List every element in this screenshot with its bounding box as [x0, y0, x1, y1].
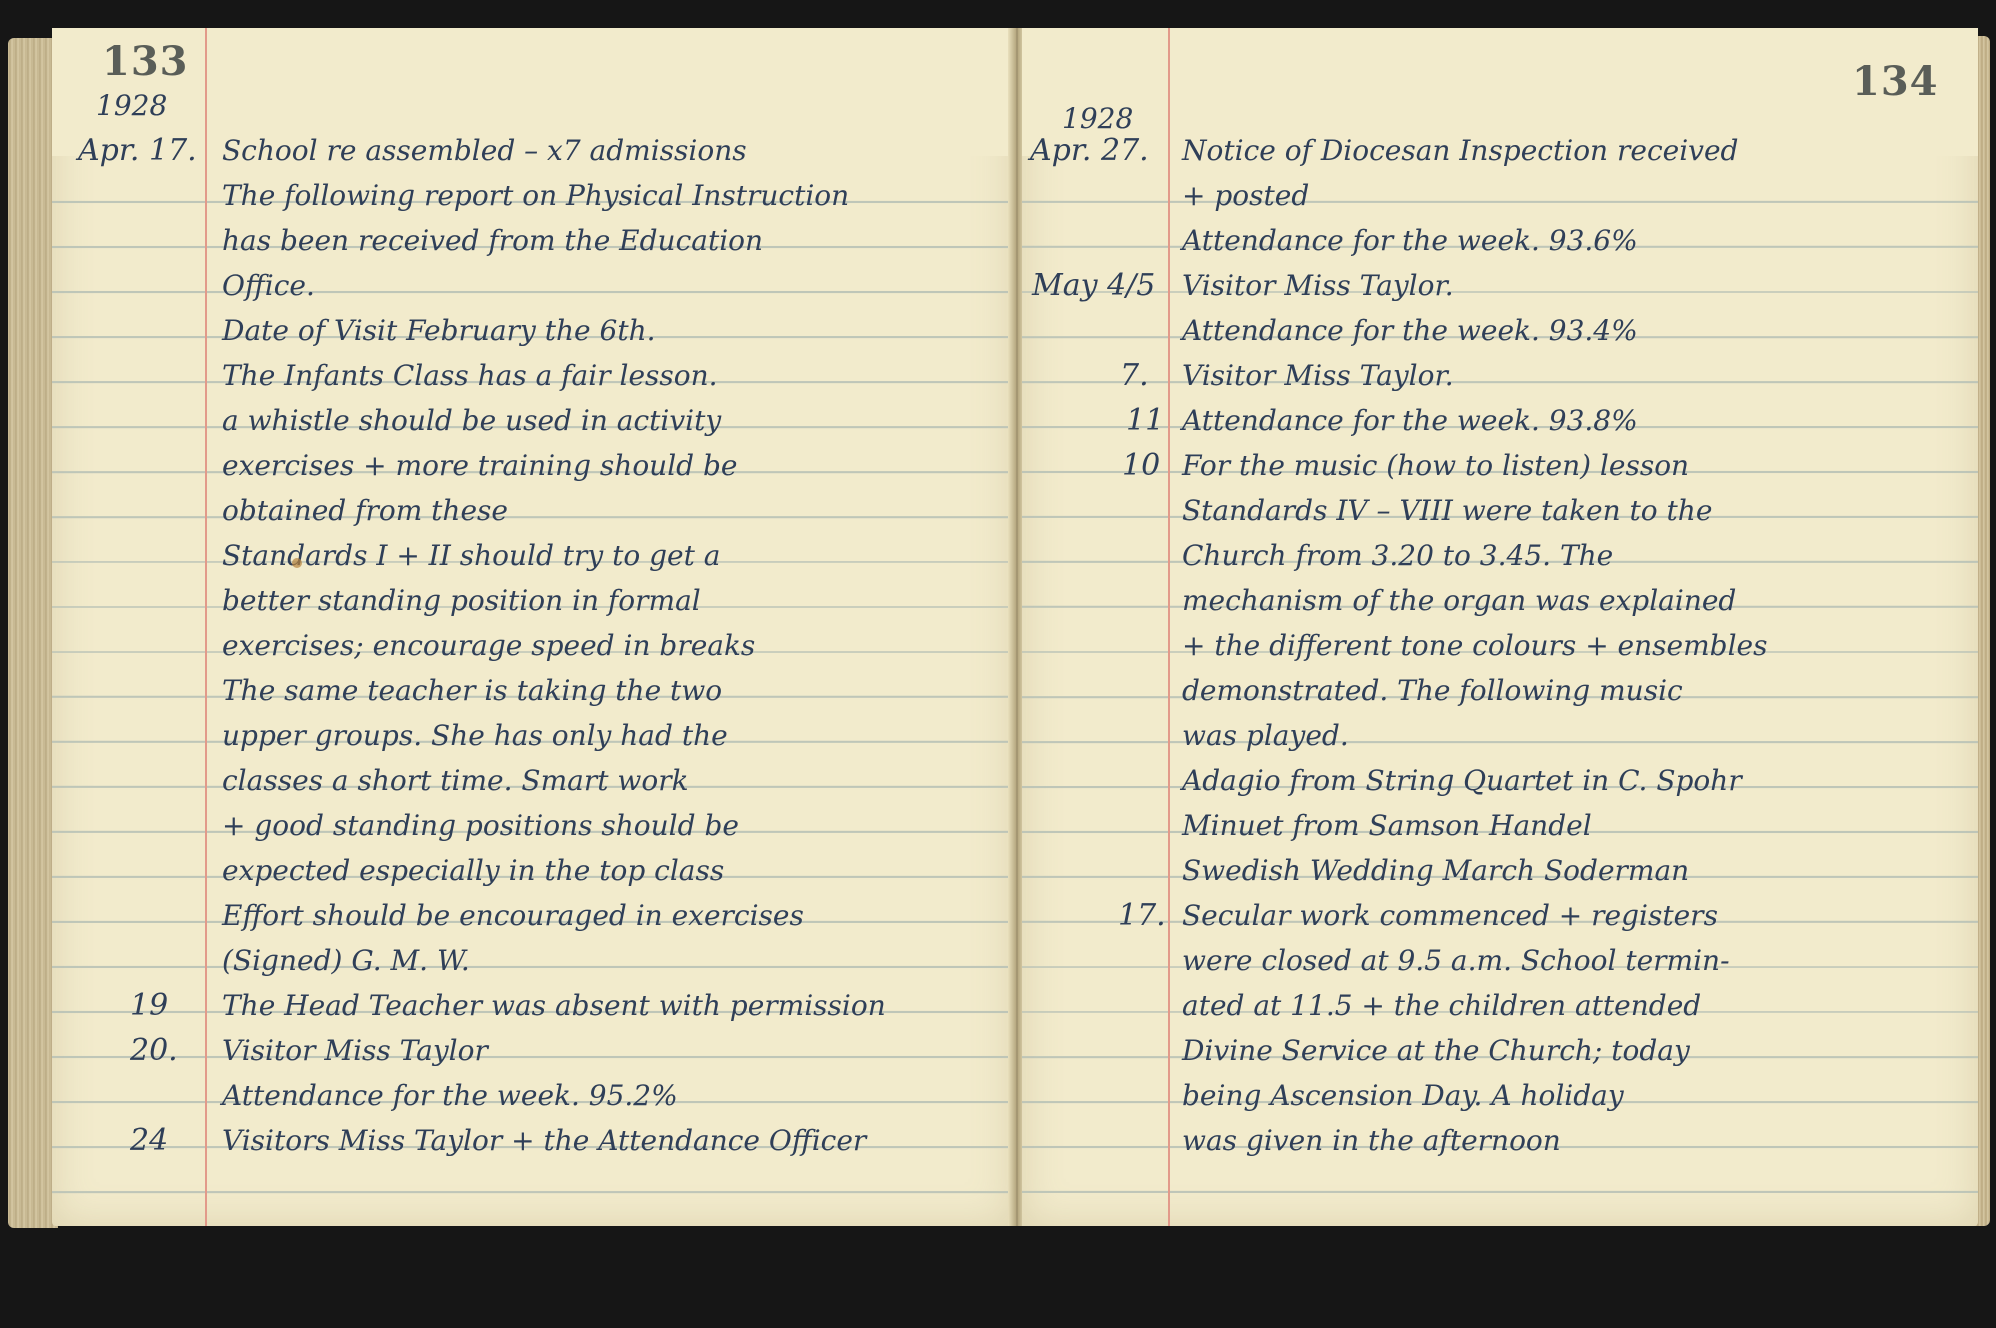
music-list-item: Adagio from String Quartet in C. Spohr [1182, 758, 1742, 803]
entry-line: Office. [222, 263, 315, 308]
entry-date: Apr. 27. [1030, 128, 1149, 173]
entry-date: May 4/5 [1032, 263, 1155, 308]
entry-line: The same teacher is taking the two [222, 668, 722, 713]
entry-line: Visitor Miss Taylor. [1182, 353, 1454, 398]
entry-line: + the different tone colours + ensembles [1182, 623, 1767, 668]
entry-line: Notice of Diocesan Inspection received [1182, 128, 1738, 173]
entry-date: 19 [130, 983, 168, 1028]
entry-line: + posted [1182, 173, 1309, 218]
entry-line: Standards IV – VIII were taken to the [1182, 488, 1712, 533]
entry-line: Standards I + II should try to get a [222, 533, 720, 578]
entry-line: better standing position in formal [222, 578, 701, 623]
entry-line: was played. [1182, 713, 1349, 758]
right-page: 134 1928 Apr. 27. Notice of Diocesan Ins… [1022, 28, 1978, 1226]
entry-line: demonstrated. The following music [1182, 668, 1683, 713]
entry-line: exercises + more training should be [222, 443, 737, 488]
entry-line: ated at 11.5 + the children attended [1182, 983, 1701, 1028]
entry-line: exercises; encourage speed in breaks [222, 623, 755, 668]
entry-line: Effort should be encouraged in exercises [222, 893, 804, 938]
entry-line: Divine Service at the Church; today [1182, 1028, 1690, 1073]
entry-line: School re assembled – x7 admissions [222, 128, 747, 173]
entry-line: The Head Teacher was absent with permiss… [222, 983, 886, 1028]
entry-line: a whistle should be used in activity [222, 398, 721, 443]
page-number: 134 [1852, 58, 1939, 105]
entry-line: The following report on Physical Instruc… [222, 173, 849, 218]
entry-line: has been received from the Education [222, 218, 763, 263]
entry-line: were closed at 9.5 a.m. School termin- [1182, 938, 1730, 983]
signature-line: (Signed) G. M. W. [222, 938, 470, 983]
entry-line: Attendance for the week. 93.8% [1182, 398, 1638, 443]
entry-line: The Infants Class has a fair lesson. [222, 353, 718, 398]
entry-line: Attendance for the week. 93.6% [1182, 218, 1638, 263]
entry-date: 20. [130, 1028, 178, 1073]
entry-line: Church from 3.20 to 3.45. The [1182, 533, 1613, 578]
ink-stain [292, 558, 302, 568]
entry-line: classes a short time. Smart work [222, 758, 689, 803]
entry-line: being Ascension Day. A holiday [1182, 1073, 1624, 1118]
entry-line: mechanism of the organ was explained [1182, 578, 1736, 623]
entry-line: Visitor Miss Taylor [222, 1028, 488, 1073]
entry-line: was given in the afternoon [1182, 1118, 1561, 1163]
margin-line [205, 28, 207, 1226]
entry-line: Attendance for the week. 95.2% [222, 1073, 678, 1118]
entry-line: upper groups. She has only had the [222, 713, 728, 758]
margin-line [1168, 28, 1170, 1226]
entry-line: Attendance for the week. 93.4% [1182, 308, 1638, 353]
entry-line: expected especially in the top class [222, 848, 724, 893]
entry-line: Visitors Miss Taylor + the Attendance Of… [222, 1118, 866, 1163]
entry-date: 11 [1126, 398, 1164, 443]
entry-date: Apr. 17. [78, 128, 197, 173]
entry-line: For the music (how to listen) lesson [1182, 443, 1689, 488]
entry-line: Date of Visit February the 6th. [222, 308, 656, 353]
left-page: 133 1928 Apr. 17. School re assembled – … [52, 28, 1012, 1226]
entry-date: 17. [1118, 893, 1166, 938]
entry-date: 7. [1120, 353, 1149, 398]
year-label: 1928 [96, 83, 167, 128]
entry-line: Secular work commenced + registers [1182, 893, 1718, 938]
entry-date: 24 [130, 1118, 168, 1163]
page-number: 133 [102, 38, 189, 85]
book-page-edges-left [8, 38, 58, 1228]
entry-line: obtained from these [222, 488, 508, 533]
music-list-item: Minuet from Samson Handel [1182, 803, 1592, 848]
music-list-item: Swedish Wedding March Soderman [1182, 848, 1689, 893]
entry-line: + good standing positions should be [222, 803, 739, 848]
entry-line: Visitor Miss Taylor. [1182, 263, 1454, 308]
entry-date: 10 [1122, 443, 1160, 488]
